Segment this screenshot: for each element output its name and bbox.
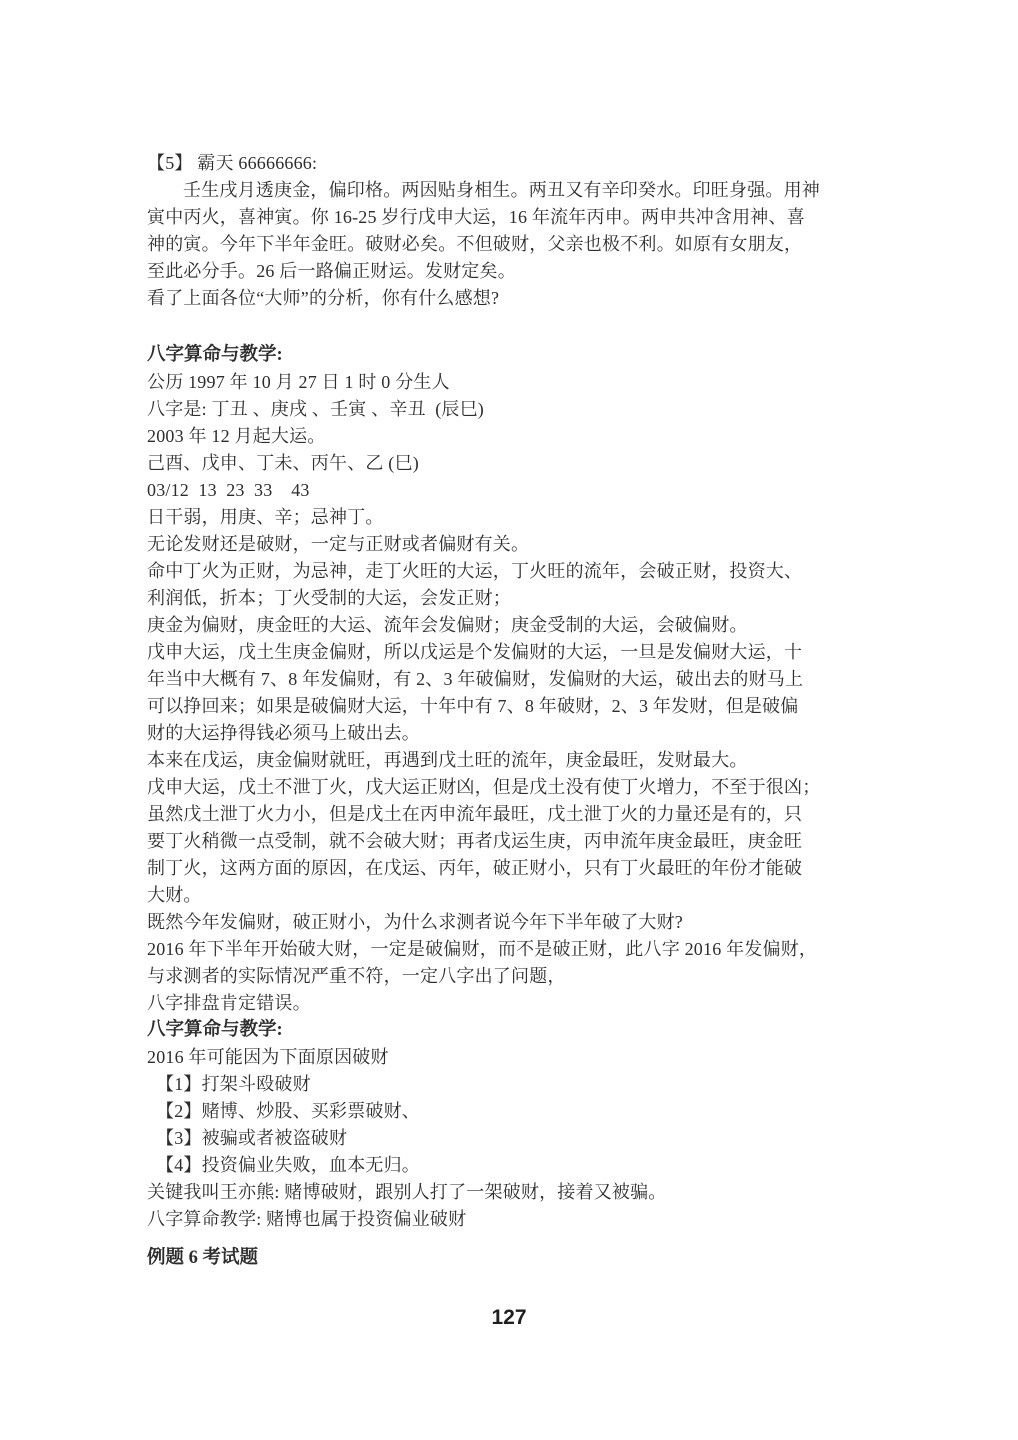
text-line: 无论发财还是破财，一定与正财或者偏财有关。 [147,531,882,558]
comment-author-line: 【5】 霸天 66666666: [147,150,882,177]
text-line: 大财。 [147,882,882,909]
text-line: 可以挣回来；如果是破偏财大运，十年中有 7、8 年破财，2、3 年发财，但是破偏 [147,693,882,720]
dayun-pillars-line: 己酉、戊申、丁未、丙午、乙 (巳) [147,450,882,477]
dayun-start-line: 2003 年 12 月起大运。 [147,423,882,450]
comment-block: 【5】 霸天 66666666: 壬生戌月透庚金，偏印格。两因贴身相生。两丑又有… [147,150,882,312]
document-page: 【5】 霸天 66666666: 壬生戌月透庚金，偏印格。两因贴身相生。两丑又有… [0,0,1018,1440]
text-line: 虽然戊土泄丁火力小，但是戊土在丙申流年最旺，戊土泄丁火的力量还是有的，只 [147,801,882,828]
text-line: 八字算命教学: 赌博也属于投资偏业破财 [147,1206,882,1233]
list-item: 【2】赌博、炒股、买彩票破财、 [147,1098,882,1125]
text-line: 制丁火，这两方面的原因，在戊运、丙年，破正财小，只有丁火最旺的年份才能破 [147,855,882,882]
text-line: 本来在戊运，庚金偏财就旺，再遇到戊土旺的流年，庚金最旺，发财最大。 [147,747,882,774]
text-line: 神的寅。今年下半年金旺。破财必矣。不但破财，父亲也极不利。如原有女朋友， [147,231,882,258]
list-item: 【1】打架斗殴破财 [147,1071,882,1098]
text-line: 关键我叫王亦熊: 赌博破财，跟别人打了一架破财，接着又被骗。 [147,1179,882,1206]
text-line: 与求测者的实际情况严重不符，一定八字出了问题， [147,963,882,990]
list-item: 【4】投资偏业失败，血本无归。 [147,1152,882,1179]
section-heading: 八字算命与教学: [147,1017,882,1044]
next-example-section: 例题 6 考试题 [147,1245,882,1272]
text-line: 壬生戌月透庚金，偏印格。两因贴身相生。两丑又有辛印癸水。印旺身强。用神 [147,177,882,204]
text-line: 财的大运挣得钱必须马上破出去。 [147,720,882,747]
text-line: 看了上面各位“大师”的分析，你有什么感想? [147,285,882,312]
text-line: 戊申大运，戊土不泄丁火，戊大运正财凶，但是戊土没有使丁火增力，不至于很凶； [147,774,882,801]
text-line: 年当中大概有 7、8 年发偏财，有 2、3 年破偏财，发偏财的大运，破出去的财马… [147,666,882,693]
text-line: 既然今年发偏财，破正财小，为什么求测者说今年下半年破了大财? [147,909,882,936]
text-line: 庚金为偏财，庚金旺的大运、流年会发偏财；庚金受制的大运，会破偏财。 [147,612,882,639]
text-line: 命中丁火为正财，为忌神，走丁火旺的大运，丁火旺的流年，会破正财，投资大、 [147,558,882,585]
text-line: 要丁火稍微一点受制，就不会破大财；再者戊运生庚，丙申流年庚金最旺，庚金旺 [147,828,882,855]
list-item: 【3】被骗或者被盗破财 [147,1125,882,1152]
bazi-reasons-section: 八字算命与教学: 2016 年可能因为下面原因破财 【1】打架斗殴破财 【2】赌… [147,1017,882,1233]
text-line: 八字排盘肯定错误。 [147,990,882,1017]
text-line: 日干弱，用庚、辛；忌神丁。 [147,504,882,531]
text-line: 2016 年下半年开始破大财，一定是破偏财，而不是破正财，此八字 2016 年发… [147,936,882,963]
example-heading: 例题 6 考试题 [147,1245,882,1272]
birthdate-line: 公历 1997 年 10 月 27 日 1 时 0 分生人 [147,369,882,396]
bazi-analysis-section: 八字算命与教学: 公历 1997 年 10 月 27 日 1 时 0 分生人 八… [147,342,882,1017]
text-line: 2016 年可能因为下面原因破财 [147,1044,882,1071]
section-heading: 八字算命与教学: [147,342,882,369]
text-line: 寅中丙火，喜神寅。你 16-25 岁行戊申大运，16 年流年丙申。两申共冲含用神… [147,204,882,231]
bazi-chart-line: 八字是: 丁丑 、庚戌 、壬寅 、辛丑 (辰巳) [147,396,882,423]
dayun-ages-line: 03/12 13 23 33 43 [147,477,882,504]
text-line: 至此必分手。26 后一路偏正财运。发财定矣。 [147,258,882,285]
text-line: 戊申大运，戊土生庚金偏财，所以戊运是个发偏财的大运，一旦是发偏财大运，十 [147,639,882,666]
page-number: 127 [0,1306,1018,1330]
text-line: 利润低，折本；丁火受制的大运，会发正财； [147,585,882,612]
